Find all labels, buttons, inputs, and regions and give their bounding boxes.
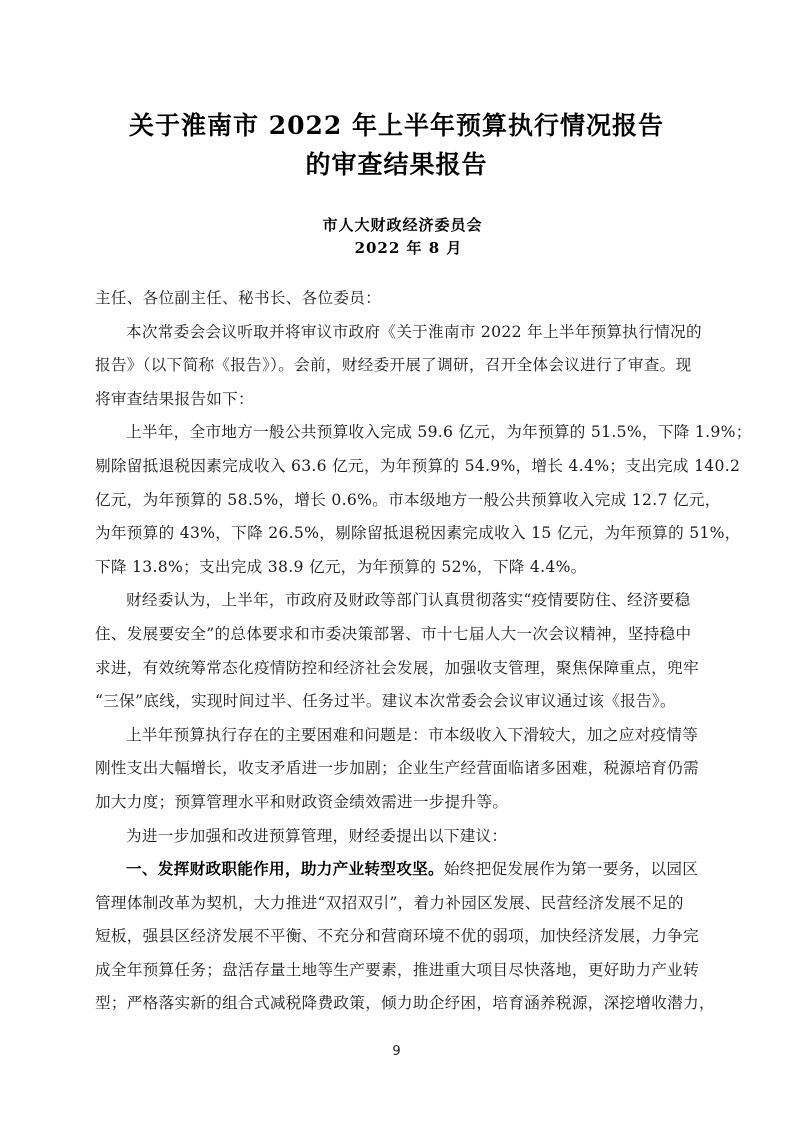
body-line: 上半年，全市地方一般公共预算收入完成 59.6 亿元，为年预算的 51.5%，下… [95, 416, 705, 450]
body-line: 短板，强县区经济发展不平衡、不充分和营商环境不优的弱项，加快经济发展，力争完 [95, 920, 705, 954]
body-line: 将审查结果报告如下： [95, 383, 705, 417]
page-number: 9 [0, 1044, 793, 1059]
document-date: 2022 年 8 月 [12, 237, 793, 258]
salutation: 主任、各位副主任、秘书长、各位委员： [95, 282, 705, 316]
issuing-organization: 市人大财政经济委员会 [6, 214, 793, 235]
recommendation-1-text: 始终把促发展作为第一要务，以园区 [444, 860, 698, 878]
body-line: 财经委认为，上半年，市政府及财政等部门认真贯彻落实“疫情要防住、经济要稳 [95, 584, 705, 618]
body-line: 管理体制改革为契机，大力推进“双招双引”，着力补园区发展、民营经济发展不足的 [95, 887, 705, 921]
body-line: 型；严格落实新的组合式减税降费政策，倾力助企纾困，培育涵养税源，深挖增收潜力， [95, 987, 705, 1021]
body-line: 上半年预算执行存在的主要困难和问题是：市本级收入下滑较大，加之应对疫情等 [95, 719, 705, 753]
document-page: 关于淮南市 2022 年上半年预算执行情况报告 的审查结果报告 市人大财政经济委… [0, 0, 793, 1122]
body-line: “三保”底线，实现时间过半、任务过半。建议本次常委会会议审议通过该《报告》。 [95, 685, 705, 719]
body-line: 住、发展要安全”的总体要求和市委决策部署、市十七届人大一次会议精神，坚持稳中 [95, 618, 705, 652]
body-line: 下降 13.8%；支出完成 38.9 亿元，为年预算的 52%，下降 4.4%。 [95, 551, 705, 585]
body-line: 为年预算的 43%，下降 26.5%，剔除留抵退税因素完成收入 15 亿元，为年… [95, 517, 705, 551]
body-line: 剔除留抵退税因素完成收入 63.6 亿元，为年预算的 54.9%，增长 4.4%… [95, 450, 705, 484]
body-line: 成全年预算任务；盘活存量土地等生产要素，推进重大项目尽快落地，更好助力产业转 [95, 954, 705, 988]
body-line: 为进一步加强和改进预算管理，财经委提出以下建议： [95, 820, 705, 854]
document-title-line-2: 的审查结果报告 [0, 145, 793, 181]
body-line: 报告》（以下简称《报告》）。会前，财经委开展了调研，召开全体会议进行了审查。现 [95, 349, 705, 383]
body-line: 求进，有效统筹常态化疫情防控和经济社会发展，加强收支管理，聚焦保障重点，兜牢 [95, 652, 705, 686]
recommendation-1-heading: 一、发挥财政职能作用，助力产业转型攻坚。 [126, 860, 444, 878]
body-line: 亿元，为年预算的 58.5%，增长 0.6%。市本级地方一般公共预算收入完成 1… [95, 484, 705, 518]
body-line: 加大力度；预算管理水平和财政资金绩效需进一步提升等。 [95, 786, 705, 820]
document-title-line-1: 关于淮南市 2022 年上半年预算执行情况报告 [0, 106, 793, 142]
recommendation-1-first-line: 一、发挥财政职能作用，助力产业转型攻坚。始终把促发展作为第一要务，以园区 [95, 853, 705, 887]
body-line: 本次常委会会议听取并将审议市政府《关于淮南市 2022 年上半年预算执行情况的 [95, 316, 705, 350]
document-body: 主任、各位副主任、秘书长、各位委员： 本次常委会会议听取并将审议市政府《关于淮南… [95, 282, 705, 1021]
body-line: 刚性支出大幅增长，收支矛盾进一步加剧；企业生产经营面临诸多困难，税源培育仍需 [95, 752, 705, 786]
